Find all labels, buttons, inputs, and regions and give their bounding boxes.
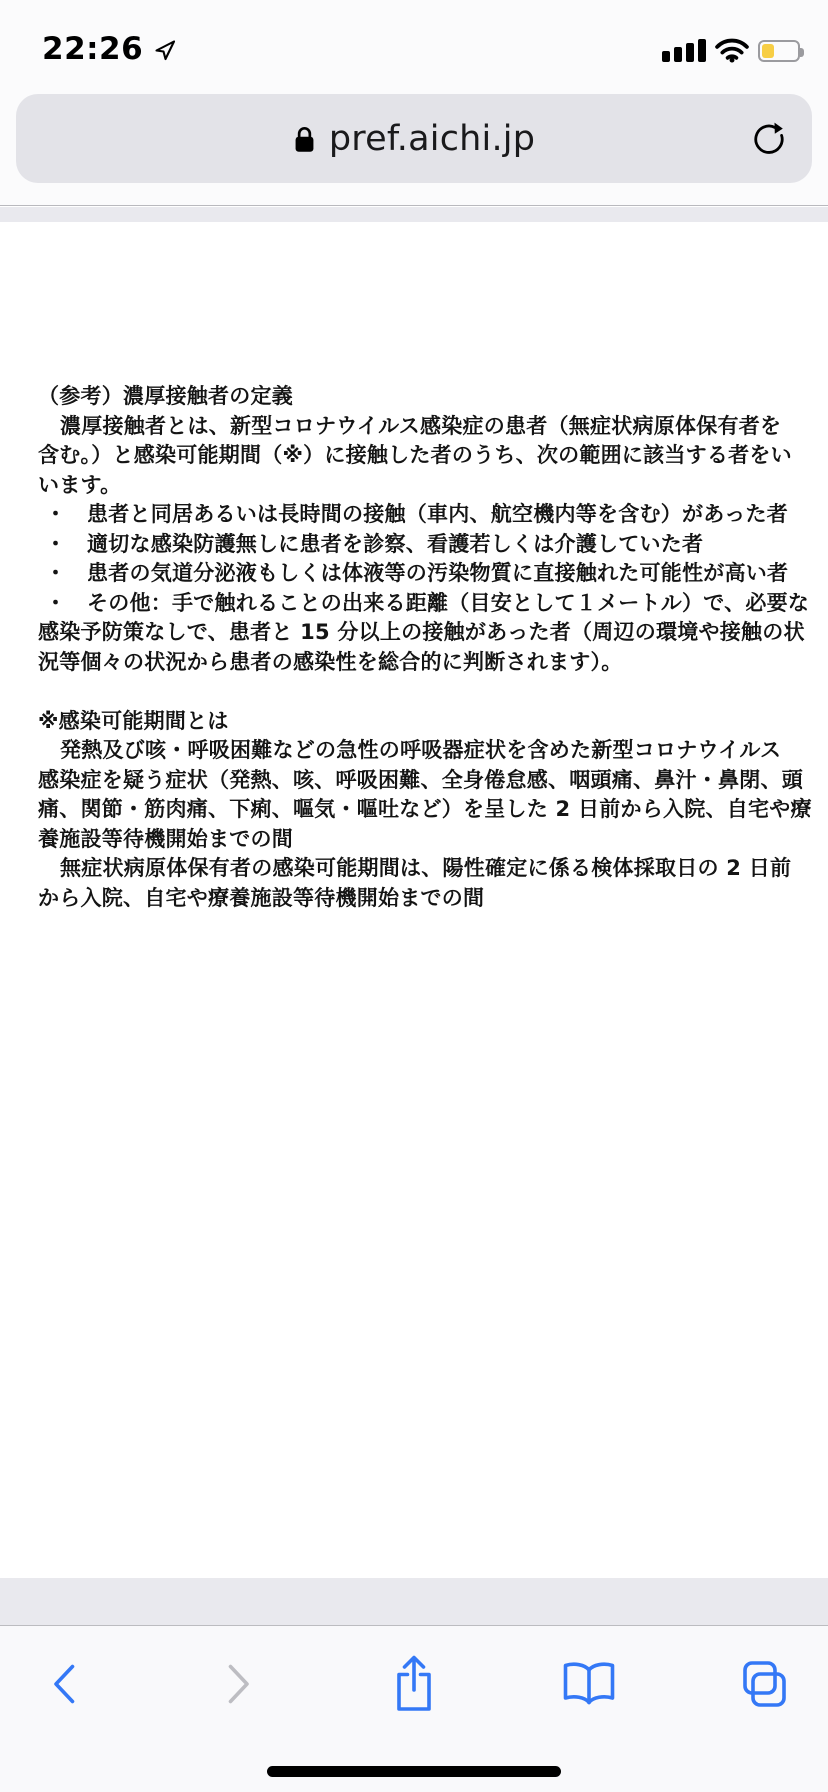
iphone-screen: 22:26 bbox=[0, 0, 828, 1792]
document-line: 感染症を疑う症状（発熱、咳、呼吸困難、全身倦怠感、咽頭痛、鼻汁・鼻閉、頭 bbox=[0, 766, 828, 796]
status-left: 22:26 bbox=[42, 31, 177, 67]
home-indicator[interactable] bbox=[267, 1766, 561, 1777]
safari-top-chrome: 22:26 bbox=[0, 0, 828, 206]
reload-icon bbox=[749, 119, 789, 159]
document-line: 痛、関節・筋肉痛、下痢、嘔気・嘔吐など）を呈した 2 日前から入院、自宅や療 bbox=[0, 795, 828, 825]
share-button[interactable] bbox=[382, 1648, 446, 1720]
bullet-marker: ・ bbox=[45, 559, 87, 589]
document-line: ・患者の気道分泌液もしくは体液等の汚染物質に直接触れた可能性が高い者 bbox=[0, 559, 828, 589]
chevron-right-icon bbox=[226, 1663, 252, 1705]
document-line: 発熱及び咳・呼吸困難などの急性の呼吸器症状を含めた新型コロナウイルス bbox=[0, 736, 828, 766]
back-button[interactable] bbox=[32, 1648, 96, 1720]
bookmarks-button[interactable] bbox=[557, 1648, 621, 1720]
document-line: 含む。）と感染可能期間（※）に接触した者のうち、次の範囲に該当する者をい bbox=[0, 441, 828, 471]
reload-button[interactable] bbox=[746, 116, 792, 162]
url-row: pref.aichi.jp bbox=[0, 94, 828, 183]
cellular-signal-icon bbox=[662, 38, 706, 62]
document-line: （参考）濃厚接触者の定義 bbox=[0, 382, 828, 412]
web-page[interactable]: （参考）濃厚接触者の定義濃厚接触者とは、新型コロナウイルス感染症の患者（無症状病… bbox=[0, 207, 828, 1625]
document-line: ※感染可能期間とは bbox=[0, 707, 828, 737]
document-line: ・患者と同居あるいは長時間の接触（車内、航空機内等を含む）があった者 bbox=[0, 500, 828, 530]
document-line: から入院、自宅や療養施設等待機開始までの間 bbox=[0, 884, 828, 914]
document-line-text: 患者の気道分泌液もしくは体液等の汚染物質に直接触れた可能性が高い者 bbox=[87, 561, 788, 585]
document-line: 濃厚接触者とは、新型コロナウイルス感染症の患者（無症状病原体保有者を bbox=[0, 412, 828, 442]
document-line bbox=[0, 677, 828, 707]
url-text: pref.aichi.jp bbox=[329, 119, 535, 159]
status-right bbox=[662, 37, 800, 62]
document-image: （参考）濃厚接触者の定義濃厚接触者とは、新型コロナウイルス感染症の患者（無症状病… bbox=[0, 222, 828, 1578]
share-icon bbox=[390, 1654, 438, 1714]
bullet-marker: ・ bbox=[45, 500, 87, 530]
document-line-text: 患者と同居あるいは長時間の接触（車内、航空機内等を含む）があった者 bbox=[87, 502, 788, 526]
tabs-button[interactable] bbox=[732, 1648, 796, 1720]
document-line-text: その他：手で触れることの出来る距離（目安として１メートル）で、必要な bbox=[87, 591, 809, 615]
tabs-icon bbox=[739, 1659, 789, 1709]
battery-fill bbox=[762, 44, 774, 58]
battery-icon bbox=[758, 40, 800, 62]
wifi-icon bbox=[715, 37, 749, 63]
book-icon bbox=[561, 1661, 617, 1707]
toolbar-buttons bbox=[0, 1626, 828, 1720]
document-line: ・その他：手で触れることの出来る距離（目安として１メートル）で、必要な bbox=[0, 589, 828, 619]
battery-nub bbox=[800, 48, 804, 57]
document-line: 無症状病原体保有者の感染可能期間は、陽性確定に係る検体採取日の 2 日前 bbox=[0, 854, 828, 884]
document-line: 感染予防策なしで、患者と 15 分以上の接触があった者（周辺の環境や接触の状 bbox=[0, 618, 828, 648]
bullet-marker: ・ bbox=[45, 530, 87, 560]
forward-button[interactable] bbox=[207, 1648, 271, 1720]
document-line: 養施設等待機開始までの間 bbox=[0, 825, 828, 855]
document-line: 況等個々の状況から患者の感染性を総合的に判断されます）。 bbox=[0, 648, 828, 678]
address-bar[interactable]: pref.aichi.jp bbox=[16, 94, 812, 183]
document-line: ・適切な感染防護無しに患者を診察、看護若しくは介護していた者 bbox=[0, 530, 828, 560]
document-line-text: 適切な感染防護無しに患者を診察、看護若しくは介護していた者 bbox=[87, 532, 703, 556]
status-bar: 22:26 bbox=[0, 0, 828, 88]
lock-icon bbox=[293, 125, 316, 154]
location-arrow-icon bbox=[153, 38, 177, 62]
status-time: 22:26 bbox=[42, 31, 143, 67]
chevron-left-icon bbox=[51, 1663, 77, 1705]
bullet-marker: ・ bbox=[45, 589, 87, 619]
document-line: います。 bbox=[0, 471, 828, 501]
